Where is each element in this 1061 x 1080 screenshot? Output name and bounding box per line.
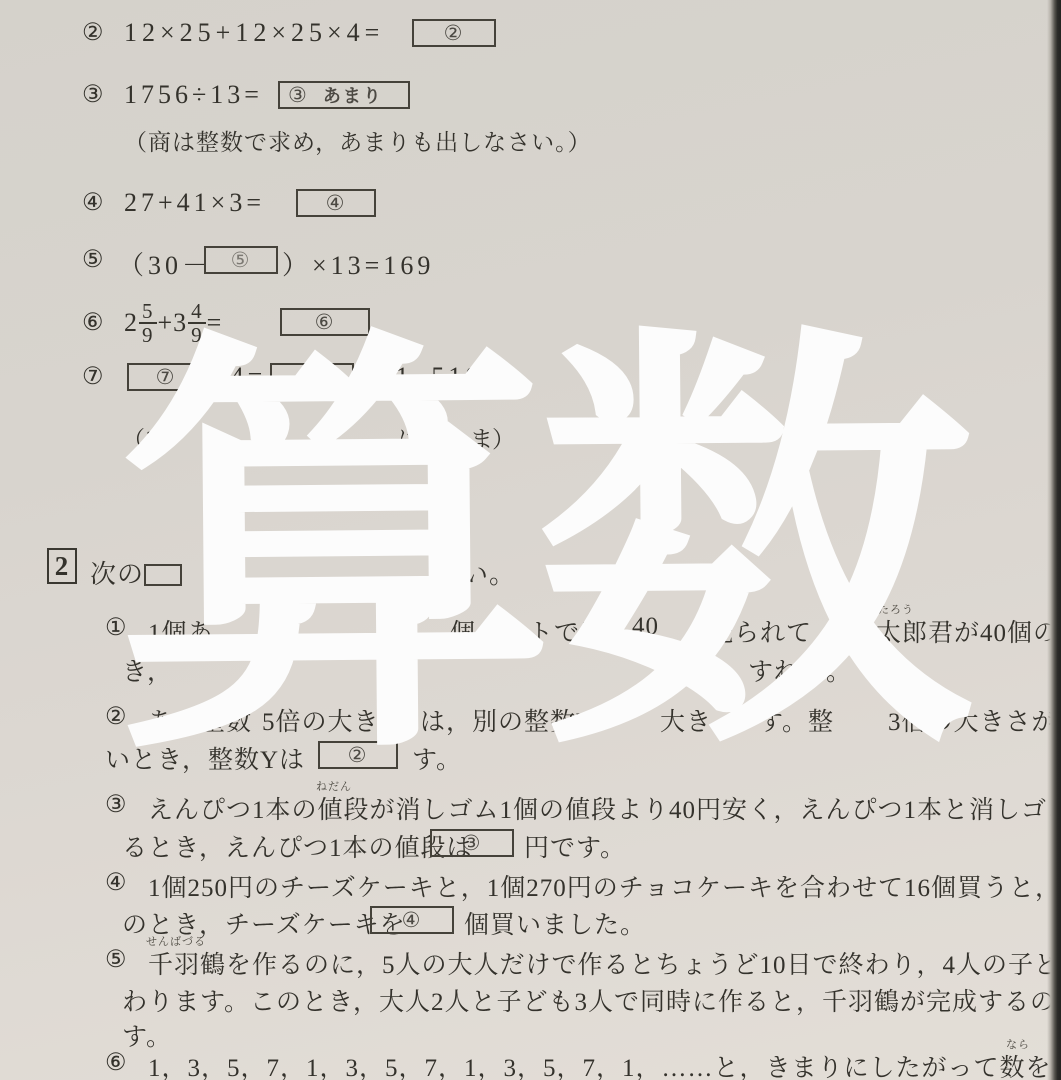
note-text: （商は整数で求め，あまりも出しなさい。） — [124, 124, 592, 157]
s2-problem3-line2: るとき，えんぴつ1本の値段は ③ 円です。 — [0, 828, 1061, 866]
answer-box-2: ② — [412, 19, 496, 47]
header-text: 次の — [90, 560, 144, 589]
section-number-box: 2 — [47, 548, 77, 584]
text-fragment: 個買いました。 — [464, 905, 646, 941]
text-fragment: 円です。 — [524, 828, 626, 864]
whole-number-1: 2 — [124, 308, 138, 338]
problem-number: ⑤ — [82, 245, 105, 274]
s2-problem4-line1: ④ 1個250円のチーズケーキと，1個270円のチョコケーキを合わせて16個買う… — [0, 868, 1061, 906]
answer-box-s2-3: ③ — [430, 829, 514, 857]
section-number: 2 — [55, 551, 70, 582]
equation-suffix: ×21−510 — [360, 362, 482, 392]
problem-number: ② — [105, 702, 128, 731]
answer-box-remainder-label: あまり — [323, 82, 383, 108]
text-fragment: 千羽鶴を作るのに，5人の大人だけで作るとちょうど10日で終わり，4人の子どもだけ… — [148, 945, 1061, 981]
answer-box-label: ⑦ — [156, 365, 177, 390]
answer-box-label: ④ — [326, 191, 347, 216]
s2-problem3-line1: ③ ねだん えんぴつ1本の値段が消しゴム1個の値段より40円安く，えんぴつ1本と… — [0, 790, 1061, 828]
answer-box-label: ⑤ — [231, 248, 252, 273]
problem-number: ④ — [82, 188, 105, 217]
answer-box-7a: ⑦ — [127, 363, 205, 391]
text-fragment: いとき，整数Yは — [105, 740, 305, 776]
answer-box-6: ⑥ — [280, 308, 370, 336]
text-fragment: 個セットでは — [450, 613, 606, 649]
whole-number-2: 3 — [173, 308, 187, 338]
answer-box-label: ④ — [402, 908, 423, 933]
fraction-2-numerator: 4 — [188, 300, 206, 322]
equation-text: 1756÷13= — [124, 80, 263, 110]
test-paper-photo: ② 12×25+12×25×4= ② ③ 1756÷13= ③ あまり （商は整… — [0, 0, 1061, 1080]
s1-problem2-line: ② 12×25+12×25×4= ② — [0, 18, 1061, 56]
equation-mid: ×4= — [212, 362, 266, 392]
fraction-1-numerator: 5 — [139, 300, 157, 322]
answer-box-5: ⑤ — [204, 246, 278, 274]
fraction-1: 59 — [139, 300, 157, 346]
paper-right-edge-shadow — [1047, 0, 1061, 1080]
s2-problem5-line2: わります。このとき，大人2人と子ども3人で同時に作ると，千羽鶴が完成するのは作り… — [0, 982, 1061, 1020]
text-fragment: 売られて — [708, 613, 812, 649]
problem-number: ⑥ — [105, 1048, 128, 1077]
header-fragment: い。 — [462, 554, 516, 591]
text-fragment: 1，3，5，7，1，3，5，7，1，3，5，7，1，……と，きまりにしたがって数… — [148, 1048, 1061, 1080]
problem-number: ③ — [105, 790, 128, 819]
header-fragment: 次の — [90, 554, 182, 591]
text-fragment: 3倍の大きさが — [888, 702, 1058, 738]
answer-box-label: ② — [348, 743, 369, 768]
answer-box-label: ⑥ — [315, 310, 336, 335]
blank-square — [144, 564, 182, 586]
text-fragment: き， — [122, 652, 173, 688]
s1-problem4-line: ④ 27+41×3= ④ — [0, 188, 1061, 226]
equals-sign: = — [207, 308, 223, 338]
problem-number: ⑦ — [82, 362, 105, 391]
answer-box-3: ③ あまり — [278, 81, 410, 109]
s2-problem5-line1: ⑤ せんばづる 千羽鶴を作るのに，5人の大人だけで作るとちょうど10日で終わり，… — [0, 945, 1061, 983]
problem-number: ① — [105, 613, 128, 642]
equation-text: 12×25+12×25×4= — [124, 18, 384, 48]
problem-number: ③ — [82, 80, 105, 109]
text-fragment: わります。このとき，大人2人と子ども3人で同時に作ると，千羽鶴が完成するのは作り… — [122, 982, 1061, 1018]
fraction-2-denominator: 9 — [188, 322, 206, 346]
text-fragment: 大き — [660, 702, 712, 738]
answer-box-s2-4: ④ — [370, 906, 454, 934]
text-fragment: す。整 — [758, 702, 834, 738]
s1-problem3-note-line: （商は整数で求め，あまりも出しなさい。） — [0, 124, 1061, 162]
s1-problem5-line: ⑤ （30－ ⑤ ）×13=169 — [0, 245, 1061, 283]
answer-box-label: ③ — [288, 83, 309, 108]
text-fragment: るとき，えんぴつ1本の値段は — [122, 828, 473, 864]
text-fragment: 40 — [632, 613, 659, 641]
text-fragment: 1個あ — [148, 613, 214, 649]
answer-box-label: ③ — [462, 831, 483, 856]
s2-problem2-line1: ② ある整数 5倍の大き は，別の整数Y 大き す。整 3倍の大きさが — [0, 702, 1061, 740]
text-fragment: えんぴつ1本の値段が消しゴム1個の値段より40円安く，えんぴつ1本と消しゴム1個… — [148, 790, 1061, 826]
plus-sign: + — [158, 308, 174, 338]
text-fragment: 1個250円のチーズケーキと，1個270円のチョコケーキを合わせて16個買うと，… — [148, 868, 1061, 904]
note-fragment: ） — [492, 421, 516, 454]
answer-box-7b: ⑦ — [270, 363, 354, 391]
text-fragment: すれば。 — [748, 652, 852, 688]
fraction-expression: 259+349= — [124, 300, 222, 346]
text-fragment: す。 — [412, 740, 462, 776]
fraction-2: 49 — [188, 300, 206, 346]
s1-problem6-line: ⑥ 259+349= ⑥ — [0, 300, 1061, 356]
s2-problem1-line2: き， すれば。 — [0, 652, 1061, 690]
problem-number: ④ — [105, 868, 128, 897]
fraction-1-denominator: 9 — [139, 322, 157, 346]
s1-problem3-line: ③ 1756÷13= ③ あまり — [0, 80, 1061, 118]
equation-suffix: ）×13=169 — [282, 245, 434, 282]
problem-number: ⑤ — [105, 945, 128, 974]
text-fragment: ある整数 — [148, 702, 252, 738]
text-fragment: 5倍の大き — [262, 702, 380, 738]
s2-header-line: 2 次の い。 — [0, 548, 1061, 590]
problem-number: ② — [82, 18, 105, 47]
answer-box-4: ④ — [296, 189, 376, 217]
s1-problem7-note-line: （2 はまりま ） — [0, 421, 1061, 459]
problem-number: ⑥ — [82, 308, 105, 337]
s2-problem2-line2: いとき，整数Yは ② す。 — [0, 740, 1061, 778]
s2-problem1-line1: ① 1個あ 個セットでは 40 売られて たろう す。太郎君が40個の — [0, 613, 1061, 651]
answer-box-s2-2: ② — [318, 741, 398, 769]
answer-box-label: ⑦ — [302, 365, 323, 390]
note-fragment: はまりま — [398, 421, 494, 454]
note-fragment: （2 — [122, 421, 159, 454]
equation-prefix: （30－ — [118, 245, 212, 282]
equation-text: 27+41×3= — [124, 188, 265, 218]
s2-problem6-line1: ⑥ なら 1，3，5，7，1，3，5，7，1，3，5，7，1，……と，きまりにし… — [0, 1048, 1061, 1080]
text-fragment: す。太郎君が40個の — [826, 613, 1059, 649]
s1-problem7-line: ⑦ ⑦ ×4= ⑦ ×21−510 — [0, 362, 1061, 400]
answer-box-label: ② — [444, 21, 465, 46]
text-fragment: は，別の整数Y — [420, 702, 595, 738]
